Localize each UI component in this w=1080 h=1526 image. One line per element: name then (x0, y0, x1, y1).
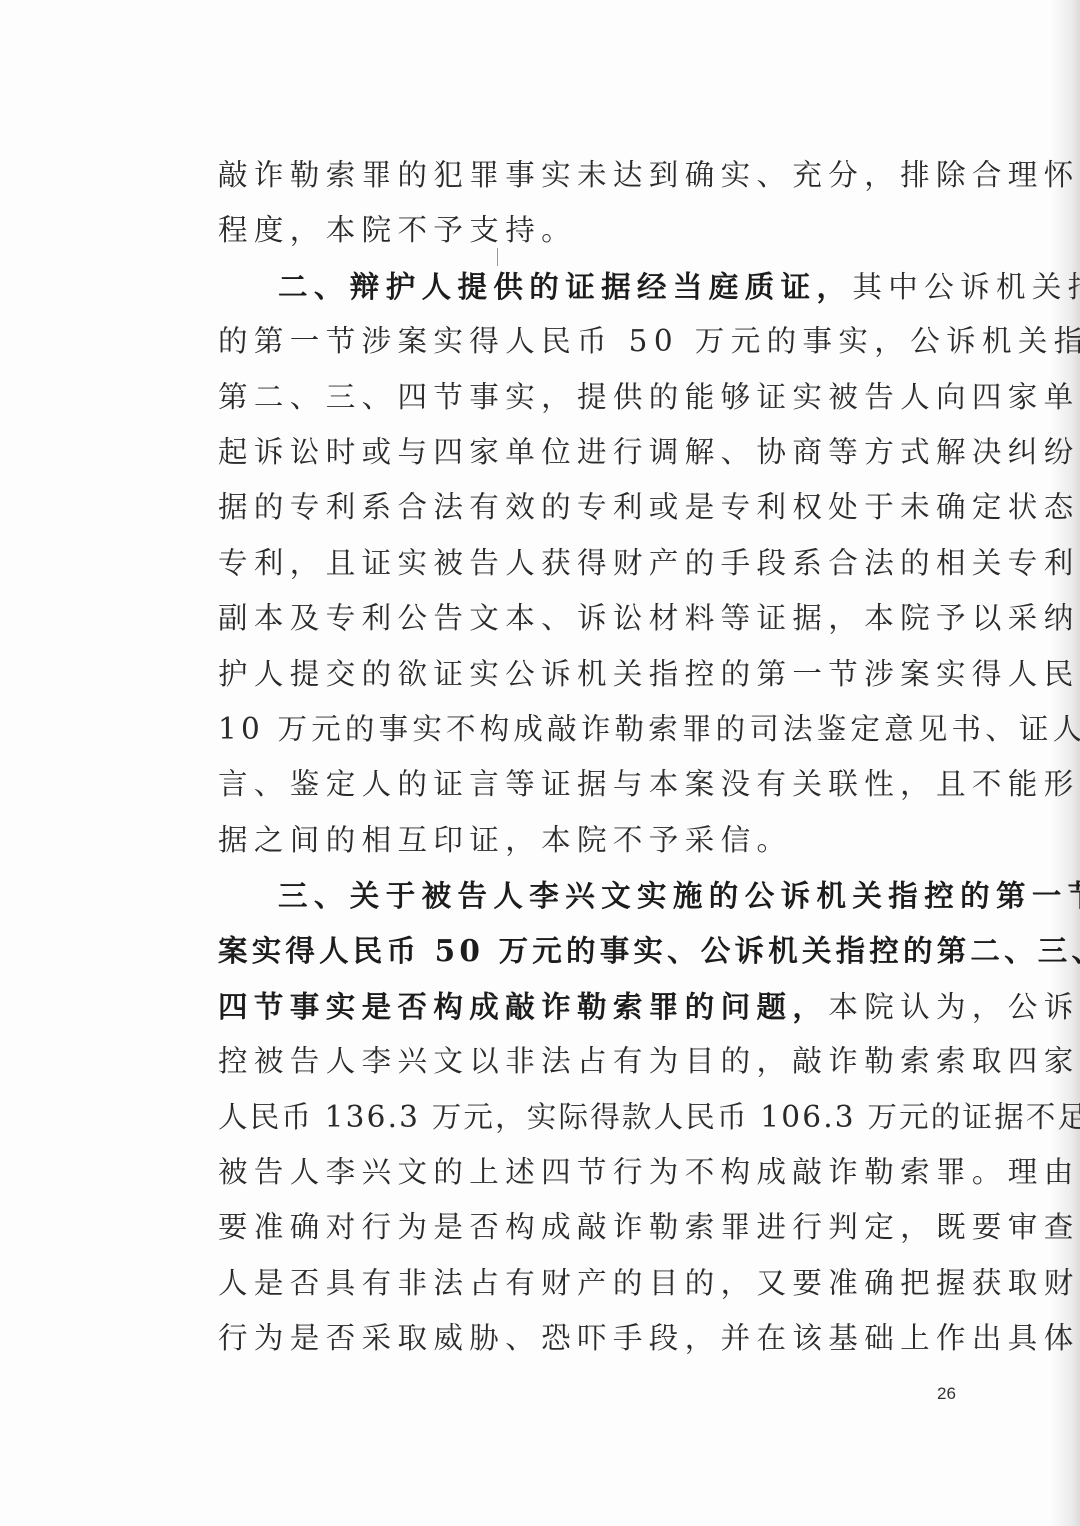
page-number: 26 (937, 1384, 956, 1404)
section-two-heading-line: 二、辩护人提供的证据经当庭质证，其中公诉机关指控 (218, 259, 958, 314)
text-line: 据之间的相互印证，本院不予采信。 (218, 813, 958, 868)
text-line: 言、鉴定人的证言等证据与本案没有关联性，且不能形成证 (218, 757, 958, 812)
text-line: 起诉讼时或与四家单位进行调解、协商等方式解决纠纷所依 (218, 425, 958, 480)
text-line: 副本及专利公告文本、诉讼材料等证据，本院予以采纳。辩 (218, 591, 958, 646)
text-line: 控被告人李兴文以非法占有为目的，敲诈勒索索取四家单位 (218, 1034, 958, 1089)
text-line: 专利，且证实被告人获得财产的手段系合法的相关专利登记 (218, 536, 958, 591)
text-line: 护人提交的欲证实公诉机关指控的第一节涉案实得人民币 (218, 647, 958, 702)
text-line: 人民币 136.3 万元，实际得款人民币 106.3 万元的证据不足， (218, 1090, 958, 1145)
document-page: 敲诈勒索罪的犯罪事实未达到确实、充分，排除合理怀疑的 程度，本院不予支持。 二、… (0, 0, 1080, 1526)
section-three-heading-line: 案实得人民币 50 万元的事实、公诉机关指控的第二、三、 (218, 923, 958, 978)
section-heading: 二、辩护人提供的证据经当庭质证， (278, 269, 852, 304)
text-line: 行为是否采取威胁、恐吓手段，并在该基础上作出具体认定。 (218, 1311, 958, 1366)
text-line: 程度，本院不予支持。 (218, 203, 958, 258)
text-line: 敲诈勒索罪的犯罪事实未达到确实、充分，排除合理怀疑的 (218, 148, 958, 203)
text-line: 人是否具有非法占有财产的目的，又要准确把握获取财产的 (218, 1256, 958, 1311)
document-body: 敲诈勒索罪的犯罪事实未达到确实、充分，排除合理怀疑的 程度，本院不予支持。 二、… (218, 148, 958, 1367)
text-line: 10 万元的事实不构成敲诈勒索罪的司法鉴定意见书、证人证 (218, 702, 958, 757)
text-line: 被告人李兴文的上述四节行为不构成敲诈勒索罪。理由如下： (218, 1145, 958, 1200)
section-three-heading-line: 四节事实是否构成敲诈勒索罪的问题，本院认为，公诉方指 (218, 979, 958, 1034)
section-heading: 案实得人民币 50 万元的事实、公诉机关指控的第二、三、 (218, 933, 1080, 968)
section-heading: 三、关于被告人李兴文实施的公诉机关指控的第一节涉 (278, 878, 1080, 913)
text-line: 据的专利系合法有效的专利或是专利权处于未确定状态的 (218, 480, 958, 535)
section-three-heading-line: 三、关于被告人李兴文实施的公诉机关指控的第一节涉 (218, 868, 958, 923)
text-line: 要准确对行为是否构成敲诈勒索罪进行判定，既要审查行为 (218, 1200, 958, 1255)
text-line: 第二、三、四节事实，提供的能够证实被告人向四家单位提 (218, 370, 958, 425)
section-heading: 四节事实是否构成敲诈勒索罪的问题， (218, 989, 828, 1024)
text-line: 的第一节涉案实得人民币 50 万元的事实，公诉机关指控的 (218, 314, 958, 369)
